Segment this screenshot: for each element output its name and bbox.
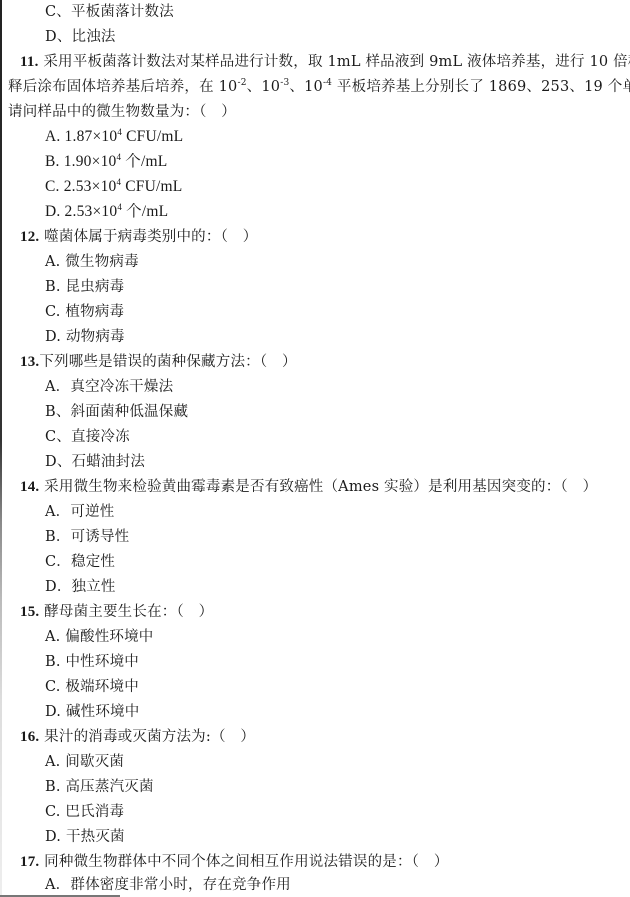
- question-number: 14.: [20, 479, 39, 495]
- question-number: 12.: [20, 229, 39, 245]
- question-11-stem: 11. 采用平板菌落计数法对某样品进行计数，取 1mL 样品液到 9mL 液体培…: [20, 53, 630, 71]
- option-q12-b: B. 昆虫病毒: [45, 278, 124, 296]
- option-label: D、: [45, 29, 72, 45]
- option-q16-d: D. 干热灭菌: [45, 828, 125, 846]
- question-stem: 酵母菌主要生长在：（ ）: [44, 604, 213, 620]
- option-q11-b: B. 1.90×104 个/mL: [45, 153, 167, 171]
- question-stem-line1: 采用平板菌落计数法对某样品进行计数，取 1mL 样品液到 9mL 液体培养基，进…: [43, 54, 630, 70]
- option-q13-c: C、直接冷冻: [45, 428, 130, 446]
- question-13-stem: 13.下列哪些是错误的菌种保藏方法：（ ）: [20, 353, 297, 371]
- option-q12-d: D. 动物病毒: [45, 328, 125, 346]
- option-q13-a: A．真空冷冻干燥法: [45, 378, 173, 396]
- option-q16-c: C. 巴氏消毒: [45, 803, 124, 821]
- option-q12-a: A. 微生物病毒: [45, 253, 139, 271]
- question-11-stem-line2: 释后涂布固体培养基后培养，在 10-2、10-3、10-4 平板培养基上分别长了…: [8, 78, 630, 96]
- option-q15-c: C. 极端环境中: [45, 678, 139, 696]
- option-q16-b: B. 高压蒸汽灭菌: [45, 778, 154, 796]
- page-left-border: [0, 0, 2, 897]
- option-q15-a: A. 偏酸性环境中: [45, 628, 154, 646]
- option-q14-d: D．独立性: [45, 578, 116, 596]
- question-17-stem: 17. 同种微生物群体中不同个体之间相互作用说法错误的是：（ ）: [20, 853, 449, 871]
- option-q11-c: C. 2.53×104 CFU/mL: [45, 178, 182, 196]
- question-stem: 噬菌体属于病毒类别中的：（ ）: [44, 229, 257, 245]
- question-15-stem: 15. 酵母菌主要生长在：（ ）: [20, 603, 213, 621]
- option-q10-d: D、比浊法: [45, 28, 116, 46]
- question-12-stem: 12. 噬菌体属于病毒类别中的：（ ）: [20, 228, 257, 246]
- option-q14-c: C．稳定性: [45, 553, 115, 571]
- question-number: 16.: [20, 729, 39, 745]
- question-stem: 下列哪些是错误的菌种保藏方法：（ ）: [39, 354, 296, 370]
- question-stem: 同种微生物群体中不同个体之间相互作用说法错误的是：（ ）: [44, 854, 448, 870]
- option-q15-d: D. 碱性环境中: [45, 703, 139, 721]
- question-number: 11.: [20, 54, 39, 70]
- option-q13-d: D、石蜡油封法: [45, 453, 145, 471]
- option-q11-a: A. 1.87×104 CFU/mL: [45, 128, 183, 146]
- option-text: 比浊法: [72, 29, 116, 45]
- option-q12-c: C. 植物病毒: [45, 303, 124, 321]
- option-q17-a: A．群体密度非常小时，存在竞争作用: [45, 876, 291, 894]
- question-stem: 果汁的消毒或灭菌方法为:（ ）: [44, 729, 255, 745]
- option-q10-c: C、平板菌落计数法: [45, 3, 174, 21]
- question-number: 13.: [20, 354, 39, 370]
- question-number: 15.: [20, 604, 39, 620]
- option-q14-b: B．可诱导性: [45, 528, 129, 546]
- option-q16-a: A. 间歇灭菌: [45, 753, 124, 771]
- option-label: C、: [45, 4, 71, 20]
- option-q15-b: B. 中性环境中: [45, 653, 139, 671]
- option-q14-a: A．可逆性: [45, 503, 114, 521]
- option-text: 平板菌落计数法: [71, 4, 174, 20]
- question-14-stem: 14. 采用微生物来检验黄曲霉毒素是否有致癌性（Ames 实验）是利用基因突变的…: [20, 478, 597, 496]
- option-q11-d: D. 2.53×104 个/mL: [45, 203, 168, 221]
- question-11-stem-line3: 请问样品中的微生物数量为：（ ）: [8, 103, 236, 121]
- option-q13-b: B、斜面菌种低温保藏: [45, 403, 188, 421]
- question-number: 17.: [20, 854, 39, 870]
- question-16-stem: 16. 果汁的消毒或灭菌方法为:（ ）: [20, 728, 255, 746]
- question-stem: 采用微生物来检验黄曲霉毒素是否有致癌性（Ames 实验）是利用基因突变的：（ ）: [44, 479, 597, 495]
